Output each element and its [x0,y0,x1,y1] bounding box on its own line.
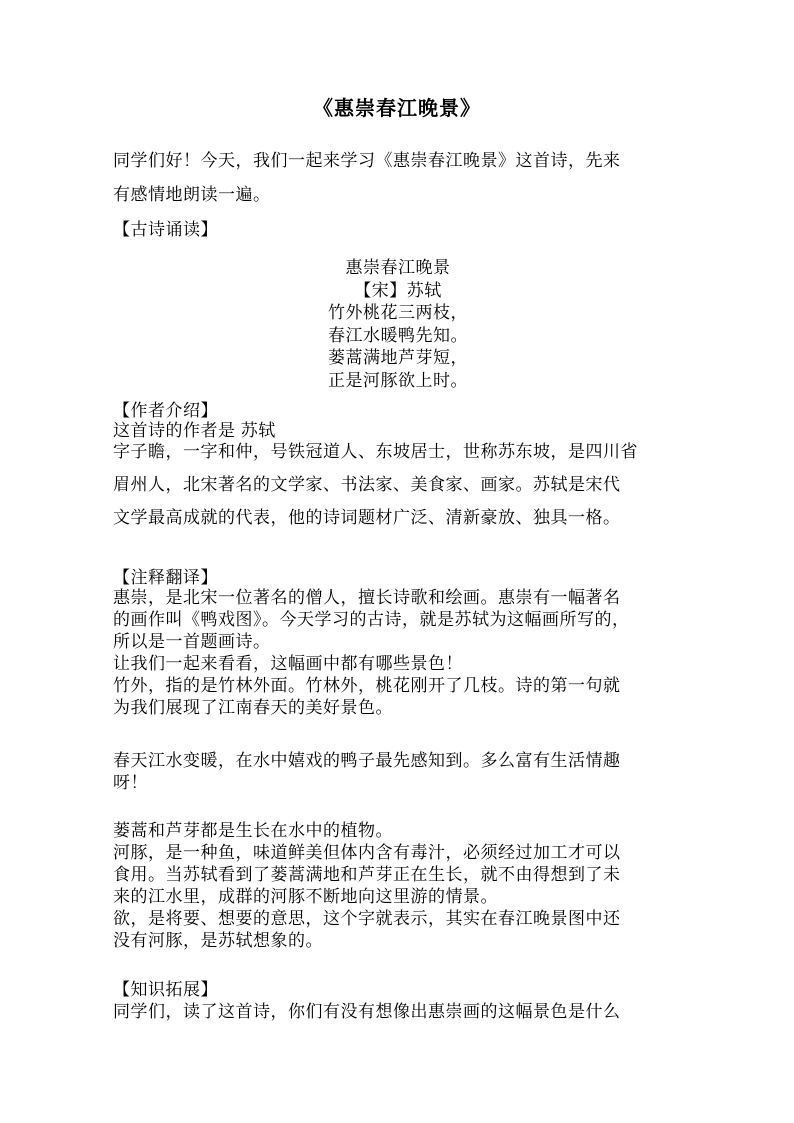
poem-title: 惠崇春江晚景 [113,257,683,280]
section-heading-extension: 【知识拓展】 [113,979,683,1001]
poem-line: 蒌蒿满地芦芽短， [113,347,683,370]
section-heading-recite: 【古诗诵读】 [113,219,683,241]
poem-block: 惠崇春江晚景 【宋】苏轼 竹外桃花三两枝， 春江水暖鸭先知。 蒌蒿满地芦芽短， … [113,257,683,392]
intro-line: 有感情地朗读一遍。 [113,178,683,212]
extension-line: 同学们，读了这首诗，你们有没有想像出惠崇画的这幅景色是什么 [113,1001,683,1023]
page-title: 《惠崇春江晚景》 [0,96,794,123]
notes-line: 让我们一起来看看，这幅画中都有哪些景色！ [113,653,683,675]
notes-line: 食用。当苏轼看到了蒌蒿满地和芦芽正在生长，就不由得想到了未 [113,864,683,886]
notes-line: 蒌蒿和芦芽都是生长在水中的植物。 [113,820,683,842]
notes-line: 惠崇，是北宋一位著名的僧人，擅长诗歌和绘画。惠崇有一幅著名 [113,587,683,609]
notes-line: 竹外，指的是竹林外面。竹林外，桃花刚开了几枝。诗的第一句就 [113,675,683,697]
intro-paragraph: 同学们好！今天，我们一起来学习《惠崇春江晚景》这首诗，先来 有感情地朗读一遍。 [113,144,683,212]
poem-line: 春江水暖鸭先知。 [113,325,683,348]
notes-line: 欲，是将要、想要的意思，这个字就表示，其实在春江晚景图中还 [113,908,683,930]
notes-paragraph-1: 惠崇，是北宋一位著名的僧人，擅长诗歌和绘画。惠崇有一幅著名 的画作叫《鸭戏图》。… [113,587,683,719]
author-bio-line: 文学最高成就的代表，他的诗词题材广泛、清新豪放、独具一格。 [113,501,683,534]
author-bio-paragraph: 字子瞻，一字和仲，号铁冠道人、东坡居士，世称苏东坡，是四川省 眉州人，北宋著名的… [113,435,683,534]
intro-line: 同学们好！今天，我们一起来学习《惠崇春江晚景》这首诗，先来 [113,144,683,178]
notes-line: 河豚，是一种鱼，味道鲜美但体内含有毒汁，必须经过加工才可以 [113,842,683,864]
author-bio-line: 眉州人，北宋著名的文学家、书法家、美食家、画家。苏轼是宋代 [113,468,683,501]
poem-line: 正是河豚欲上时。 [113,370,683,393]
section-heading-notes: 【注释翻译】 [113,567,683,589]
notes-line: 春天江水变暖，在水中嬉戏的鸭子最先感知到。多么富有生活情趣 [113,750,683,772]
author-bio-line: 字子瞻，一字和仲，号铁冠道人、东坡居士，世称苏东坡，是四川省 [113,435,683,468]
notes-line: 的画作叫《鸭戏图》。今天学习的古诗，就是苏轼为这幅画所写的， [113,609,683,631]
section-heading-author: 【作者介绍】 [113,400,683,422]
poem-line: 竹外桃花三两枝， [113,302,683,325]
extension-paragraph: 同学们，读了这首诗，你们有没有想像出惠崇画的这幅景色是什么 [113,1001,683,1023]
notes-paragraph-2: 春天江水变暖，在水中嬉戏的鸭子最先感知到。多么富有生活情趣 呀！ [113,750,683,794]
notes-line: 没有河豚，是苏轼想象的。 [113,930,683,952]
notes-line: 呀！ [113,772,683,794]
notes-line: 为我们展现了江南春天的美好景色。 [113,697,683,719]
notes-line: 来的江水里，成群的河豚不断地向这里游的情景。 [113,886,683,908]
poem-author: 【宋】苏轼 [113,280,683,303]
notes-paragraph-3: 蒌蒿和芦芽都是生长在水中的植物。 河豚，是一种鱼，味道鲜美但体内含有毒汁，必须经… [113,820,683,952]
notes-line: 所以是一首题画诗。 [113,631,683,653]
